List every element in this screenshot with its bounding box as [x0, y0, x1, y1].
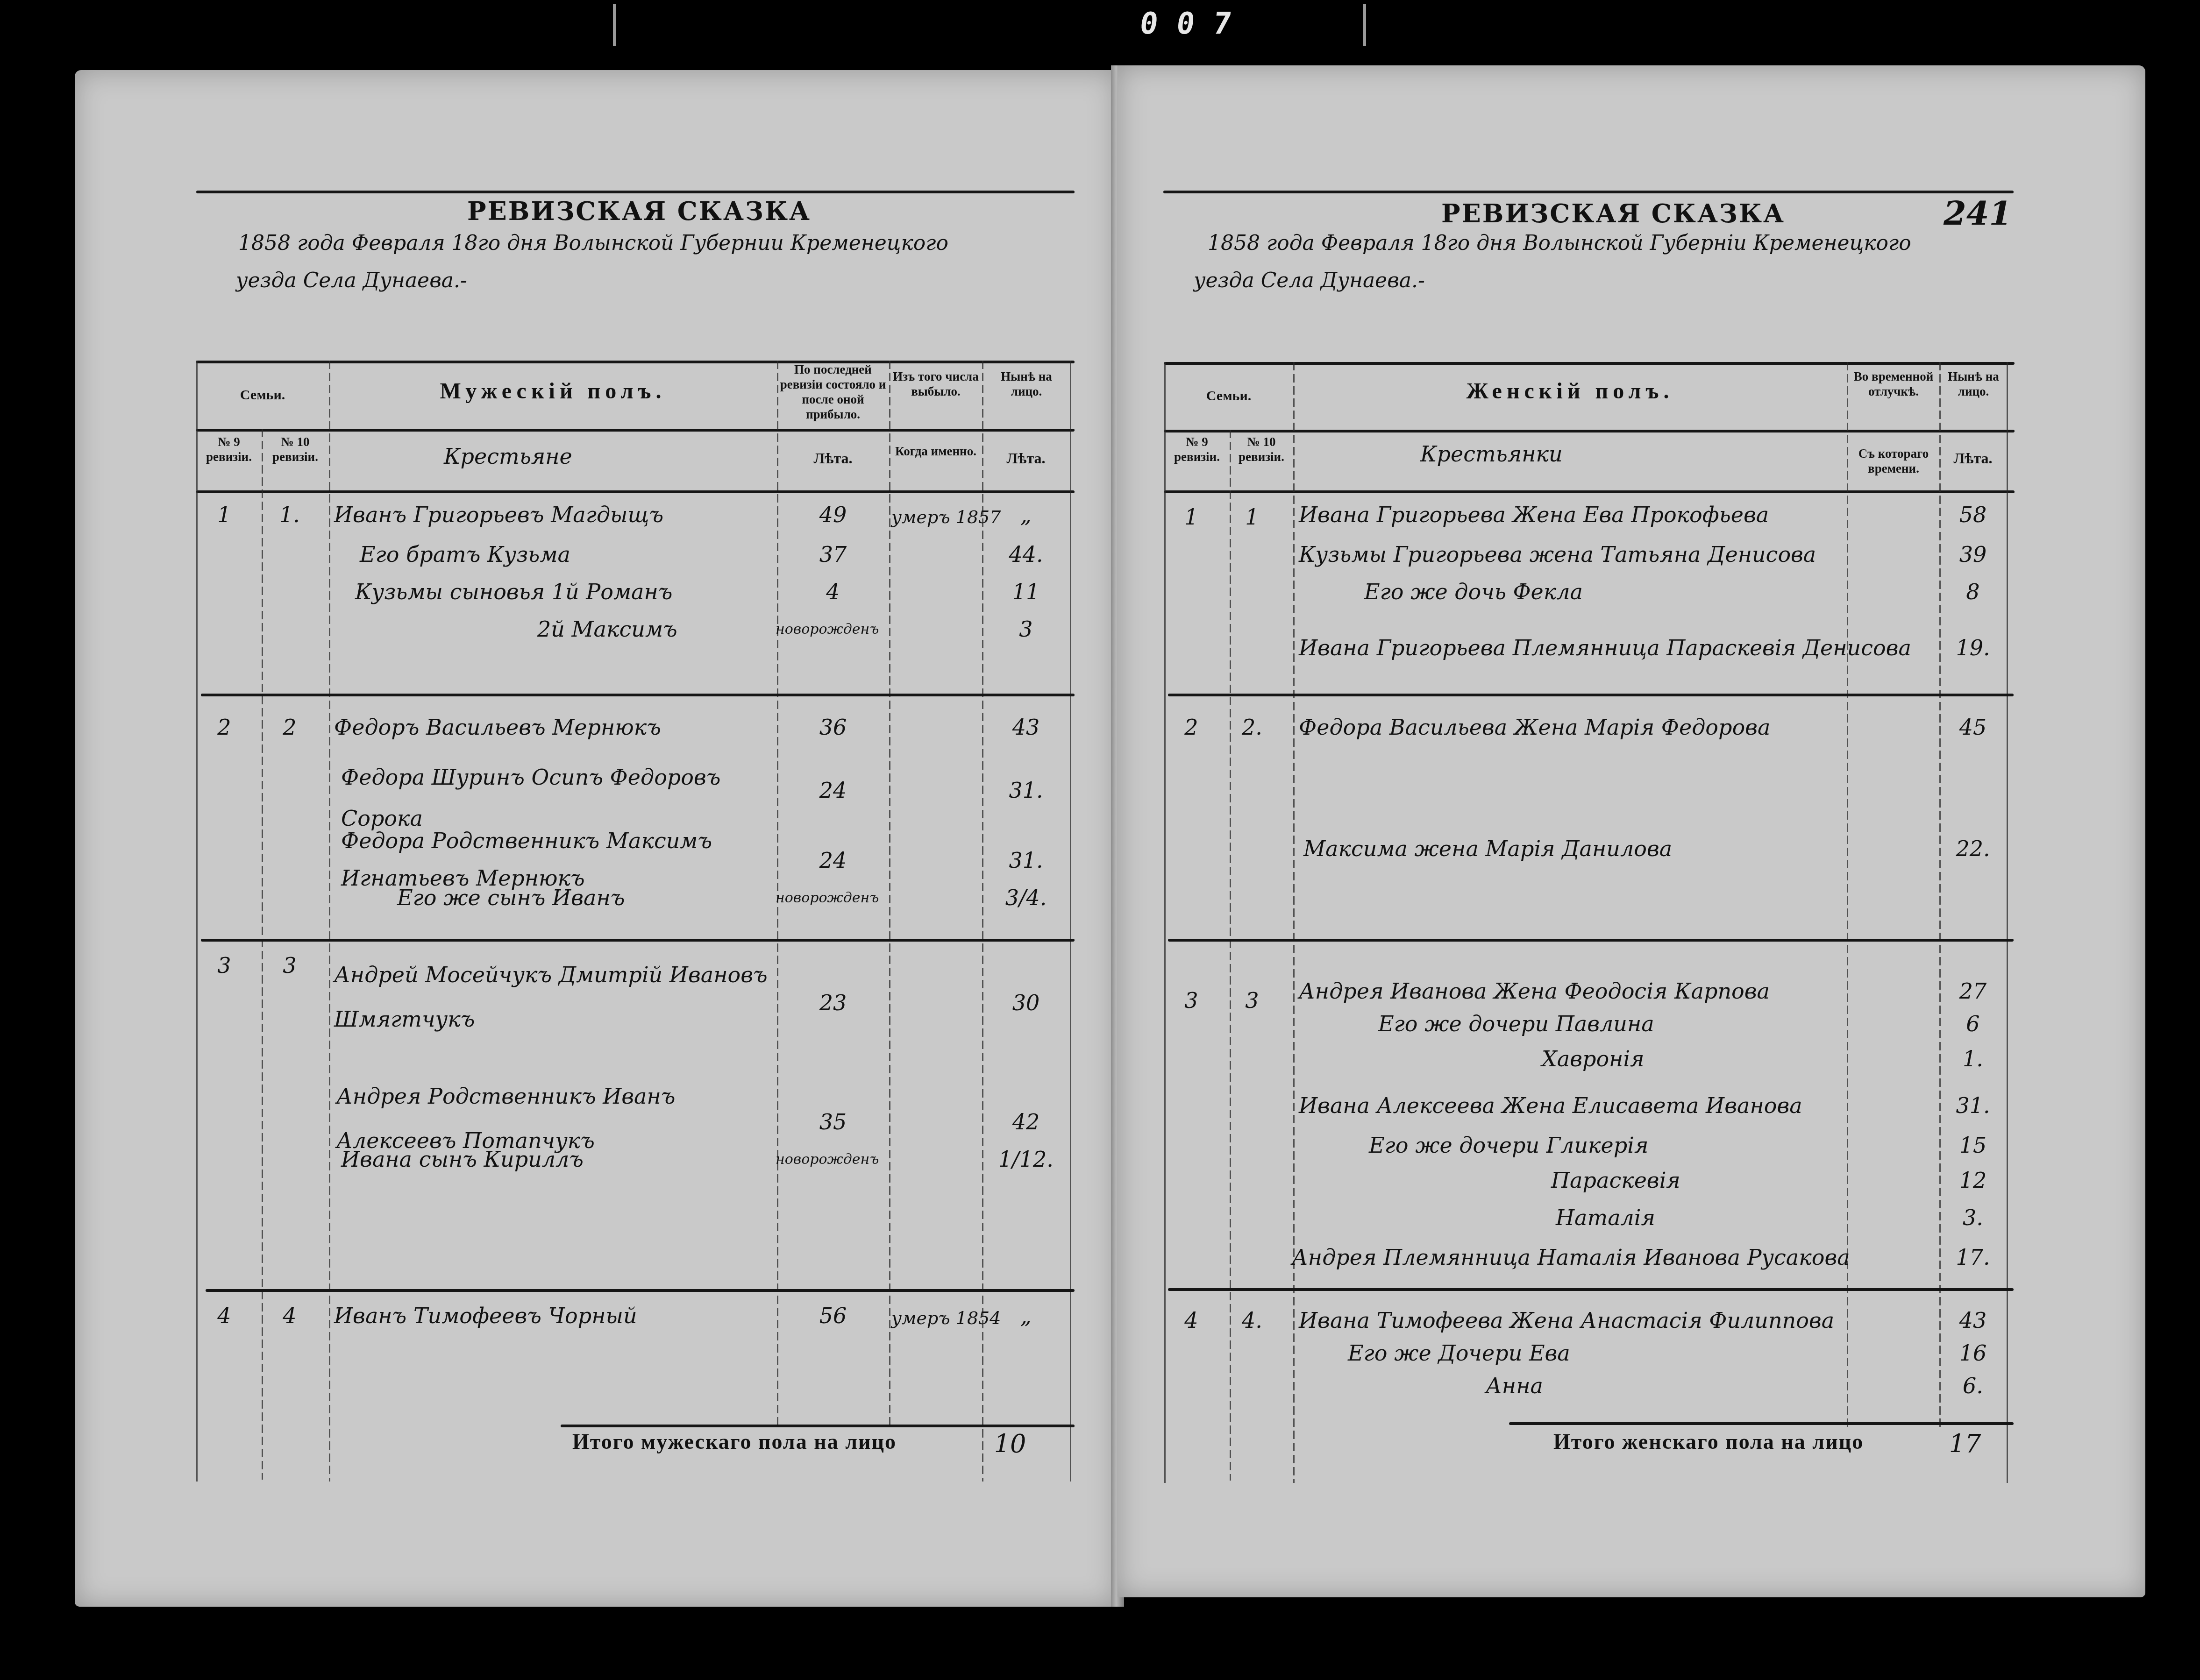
left-family-separator-3 [206, 1289, 1075, 1292]
left-f3-rev10: 3 [271, 953, 308, 978]
left-header-by-last-revision: По последней ревизіи состояло и после он… [779, 362, 887, 422]
right-f3-r7-name: Наталія [1556, 1205, 1655, 1230]
right-f3-r6-name: Параскевія [1551, 1168, 1680, 1193]
right-header-family: Семьи. [1164, 389, 1293, 404]
right-f3-r4-now: 31. [1939, 1093, 2007, 1118]
right-f3-r1-name: Андрея Иванова Жена Феодосія Карпова [1299, 978, 1770, 1004]
left-f4-r1-now: „ [982, 1303, 1070, 1328]
left-f1-r1-name: Иванъ Григорьевъ Магдыщъ [334, 502, 663, 527]
right-f4-r1-name: Ивана Тимофеева Жена Анастасія Филиппова [1299, 1308, 1834, 1333]
left-f3-r1-name: Андрей Мосейчукъ Дмитрій Ивановъ Шмягтчу… [334, 953, 773, 1042]
right-header-present: Нынѣ на лицо. [1942, 369, 2005, 399]
right-f3-r3-now: 1. [1939, 1046, 2007, 1071]
right-header-years: Лѣта. [1939, 451, 2007, 466]
right-f4-r1-now: 43 [1939, 1308, 2007, 1333]
right-col-rev9-divider [1230, 430, 1231, 1481]
left-f2-r4-age: новорожденъ [776, 890, 879, 906]
left-f4-rev9: 4 [206, 1303, 243, 1328]
right-heading-line1: 1858 года Февраля 18го дня Волынской Губ… [1208, 231, 1911, 255]
left-f2-r4-name: Его же сынъ Иванъ [397, 885, 625, 910]
left-f2-r1-age: 36 [777, 715, 889, 740]
right-header-bottom-rule [1164, 490, 2015, 493]
right-f3-r5-name: Его же дочери Гликерія [1369, 1133, 1648, 1158]
right-f4-r2-now: 16 [1939, 1340, 2007, 1366]
folio-number: 241 [1944, 194, 2012, 233]
left-header-bottom-rule [196, 490, 1075, 493]
left-f3-r1-age: 23 [777, 990, 889, 1015]
right-f1-r3-name: Его же дочь Фекла [1364, 579, 1583, 604]
right-f2-r1-now: 45 [1939, 715, 2007, 740]
right-f1-r2-now: 39 [1939, 542, 2007, 567]
left-col-right-border [1070, 361, 1071, 1482]
right-f3-r6-now: 12 [1939, 1168, 2007, 1193]
left-col-departed-divider [889, 361, 890, 1425]
right-f3-r5-now: 15 [1939, 1133, 2007, 1158]
left-f3-r3-name: Ивана сынъ Кириллъ [341, 1147, 584, 1172]
left-header-mid-rule [196, 429, 1075, 432]
right-f3-r4-name: Ивана Алексеева Жена Елисавета Иванова [1299, 1093, 1802, 1118]
left-col-rev9-divider [262, 429, 263, 1480]
left-total-value: 10 [982, 1429, 1038, 1459]
right-col-border [1164, 362, 1166, 1483]
right-col-right-border [2007, 362, 2008, 1483]
right-page [1118, 65, 2145, 1597]
right-header-since-when: Съ котораго времени. [1849, 446, 1938, 476]
right-page-title: РЕВИЗСКАЯ СКАЗКА [1441, 198, 1785, 228]
left-f1-r3-now: 11 [982, 579, 1070, 604]
left-f1-r4-now: 3 [982, 617, 1070, 642]
right-f1-r1-now: 58 [1939, 502, 2007, 527]
left-f1-r1-age: 49 [777, 502, 889, 527]
right-f3-r2-now: 6 [1939, 1011, 2007, 1036]
left-f2-r1-name: Федоръ Васильевъ Мернюкъ [334, 715, 661, 740]
right-f3-r8-now: 17. [1939, 1245, 2007, 1270]
right-family-separator-3 [1168, 1288, 2014, 1291]
left-f3-r1-now: 30 [982, 990, 1070, 1015]
left-f1-r2-now: 44. [982, 542, 1070, 567]
left-f1-r3-name: Кузьмы сыновья 1й Романъ [355, 579, 672, 604]
left-f3-r2-now: 42 [982, 1109, 1070, 1134]
right-f1-r2-name: Кузьмы Григорьева жена Татьяна Денисова [1299, 542, 1816, 567]
right-f3-rev10: 3 [1233, 988, 1271, 1013]
left-page-title: РЕВИЗСКАЯ СКАЗКА [467, 196, 811, 226]
left-f1-r4-name: 2й Максимъ [537, 617, 677, 642]
left-heading-line2: уезда Села Дунаева.- [236, 269, 467, 292]
film-edge-mark-right [1363, 4, 1366, 46]
left-header-estate: Крестьяне [444, 444, 572, 469]
left-f2-r3-now: 31. [982, 848, 1070, 873]
right-family-separator-2 [1168, 939, 2014, 942]
left-f3-r3-now: 1/12. [982, 1147, 1070, 1172]
right-total-value: 17 [1939, 1429, 1991, 1459]
left-f2-r4-now: 3/4. [982, 885, 1070, 910]
left-f2-r2-now: 31. [982, 778, 1070, 803]
left-header-departed: Изъ того числа выбыло. [891, 369, 980, 399]
right-f3-r3-name: Хавронія [1542, 1046, 1645, 1071]
left-f3-rev9: 3 [206, 953, 243, 978]
left-f2-rev9: 2 [206, 715, 243, 740]
right-f1-r4-now: 19. [1939, 635, 2007, 660]
left-header-section: Мужескій полъ. [329, 384, 777, 399]
left-f1-r1-now: „ [982, 502, 1070, 527]
right-f1-r4-name: Ивана Григорьева Племянница Параскевія Д… [1299, 635, 1911, 660]
left-col-border [196, 361, 198, 1482]
left-family-separator-1 [201, 694, 1075, 696]
left-f1-r2-name: Его братъ Кузьма [360, 542, 570, 567]
right-totals-rule [1509, 1422, 2014, 1425]
left-total-label: Итого мужескаго пола на лицо [572, 1429, 897, 1454]
left-totals-rule [561, 1425, 1075, 1427]
right-f3-r7-now: 3. [1939, 1205, 2007, 1230]
right-f3-rev9: 3 [1173, 988, 1210, 1013]
right-title-rule [1163, 191, 2014, 193]
left-header-rev10: № 10 ревизіи. [262, 434, 329, 464]
right-header-top-rule [1164, 362, 2015, 365]
left-f1-r3-age: 4 [777, 579, 889, 604]
left-family-separator-2 [201, 939, 1075, 942]
right-header-rev9: № 9 ревизіи. [1164, 434, 1230, 464]
left-f4-rev10: 4 [271, 1303, 308, 1328]
right-col-name-divider [1293, 362, 1295, 1483]
right-f1-r3-now: 8 [1939, 579, 2007, 604]
left-header-present: Нынѣ на лицо. [985, 369, 1068, 399]
right-f4-r3-now: 6. [1939, 1373, 2007, 1398]
left-header-rev9: № 9 ревизіи. [196, 434, 262, 464]
right-header-section: Женскій полъ. [1293, 384, 1847, 399]
right-family-separator-1 [1168, 694, 2014, 696]
right-f3-r8-name: Андрея Племянница Наталія Иванова Русако… [1292, 1245, 1850, 1270]
left-col-name-divider [329, 361, 330, 1482]
left-f3-r3-age: новорожденъ [776, 1151, 879, 1168]
right-f1-r1-name: Ивана Григорьева Жена Ева Прокофьева [1299, 502, 1769, 527]
right-f4-r3-name: Анна [1486, 1373, 1543, 1398]
right-f2-rev9: 2 [1173, 715, 1210, 740]
left-f2-r2-age: 24 [777, 778, 889, 803]
left-f3-r2-age: 35 [777, 1109, 889, 1134]
left-f2-rev10: 2 [271, 715, 308, 740]
left-header-family: Семьи. [196, 388, 329, 403]
right-f3-r2-name: Его же дочери Павлина [1378, 1011, 1654, 1036]
right-header-estate: Крестьянки [1420, 441, 1563, 467]
right-header-temporary-absence: Во временной отлучкѣ. [1849, 369, 1938, 399]
left-header-years: Лѣта. [777, 451, 889, 466]
right-f4-r2-name: Его же Дочери Ева [1348, 1340, 1570, 1366]
right-heading-line2: уезда Села Дунаева.- [1194, 269, 1425, 292]
left-f2-r1-now: 43 [982, 715, 1070, 740]
right-f2-r2-now: 22. [1939, 836, 2007, 861]
left-f1-r2-age: 37 [777, 542, 889, 567]
film-edge-mark-left [613, 4, 616, 46]
frame-counter: 007 [1138, 7, 1253, 41]
left-title-rule [196, 191, 1075, 193]
right-header-mid-rule [1164, 430, 2015, 432]
left-f4-r1-age: 56 [777, 1303, 889, 1328]
left-header-when: Когда именно. [891, 444, 980, 459]
left-f2-r3-age: 24 [777, 848, 889, 873]
left-f1-r4-age: новорожденъ [776, 621, 879, 638]
right-f1-rev9: 1 [1173, 504, 1210, 530]
right-f1-rev10: 1 [1233, 504, 1271, 530]
left-heading-line1: 1858 года Февраля 18го дня Волынской Губ… [238, 231, 948, 255]
left-header-years-now: Лѣта. [982, 451, 1070, 466]
left-f1-rev9: 1 [206, 502, 243, 527]
left-header-top-rule [196, 361, 1075, 363]
right-f2-rev10: 2. [1233, 715, 1271, 740]
left-f4-r1-name: Иванъ Тимофеевъ Чорный [334, 1303, 637, 1328]
left-f1-rev10: 1. [271, 502, 308, 527]
right-f4-rev9: 4 [1173, 1308, 1210, 1333]
right-f3-r1-now: 27 [1939, 978, 2007, 1004]
right-f2-r1-name: Федора Васильева Жена Марія Федорова [1299, 715, 1770, 740]
right-total-label: Итого женскаго пола на лицо [1553, 1429, 1864, 1454]
right-f4-rev10: 4. [1233, 1308, 1271, 1333]
right-header-rev10: № 10 ревизіи. [1230, 434, 1293, 464]
right-f2-r2-name: Максима жена Марія Данилова [1303, 836, 1672, 861]
